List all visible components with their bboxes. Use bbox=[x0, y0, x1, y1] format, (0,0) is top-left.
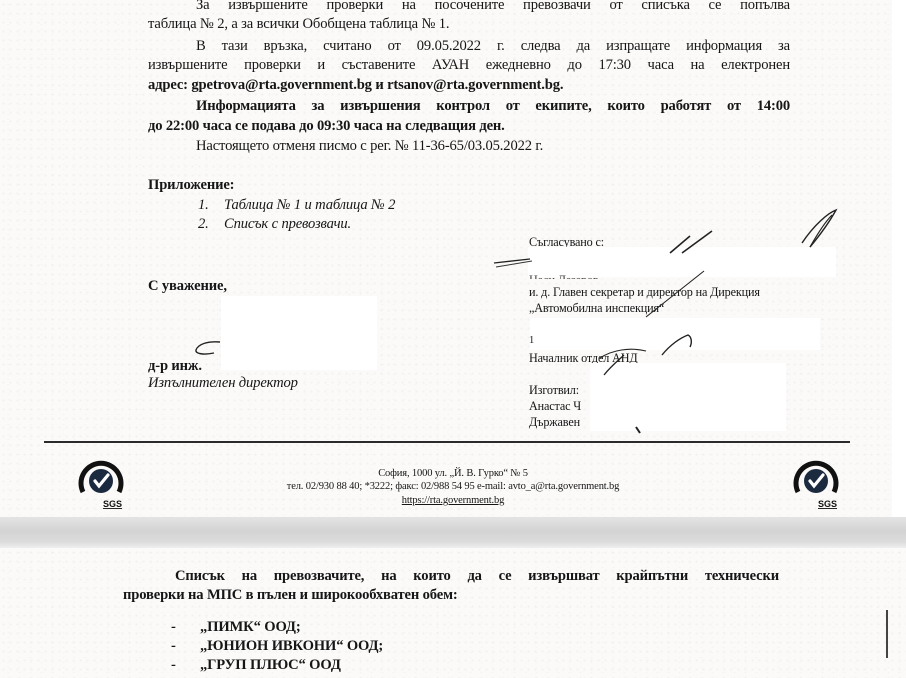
attachment-2-number: 2. bbox=[198, 215, 209, 234]
document-page-2: Списък на превозвачите, на които да се и… bbox=[0, 548, 906, 678]
document-page-1: За извършените проверки на посочените пр… bbox=[0, 0, 906, 517]
paragraph-4: Настоящето отменя писмо с рег. № 11-36-6… bbox=[196, 137, 543, 156]
paragraph-2-line-3-emails: адрес: gpetrova@rta.government.bg и rtsa… bbox=[148, 76, 563, 95]
carrier-bullet: - bbox=[171, 637, 176, 656]
carrier-item: „ГРУП ПЛЮС“ ООД bbox=[200, 656, 341, 675]
page-margin bbox=[892, 0, 906, 517]
handwritten-signatures-icon bbox=[480, 205, 860, 435]
paragraph-3-line-2: до 22:00 часа се подава до 09:30 часа на… bbox=[148, 117, 505, 136]
paragraph-2-line-2: извършените проверки и съставените АУАН … bbox=[148, 56, 790, 75]
closing-salutation: С уважение, bbox=[148, 277, 227, 296]
footer-address: София, 1000 ул. „Й. В. Гурко“ № 5 bbox=[0, 467, 906, 480]
carrier-item: „ПИМК“ ООД; bbox=[200, 618, 301, 637]
attachment-2-text: Списък с превозвачи. bbox=[224, 215, 351, 234]
redacted-signer-name bbox=[221, 296, 377, 370]
footer-divider bbox=[44, 441, 850, 443]
carrier-bullet: - bbox=[171, 656, 176, 675]
carrier-bullet: - bbox=[171, 618, 176, 637]
footer-contacts: тел. 02/930 88 40; *3222; факс: 02/988 5… bbox=[0, 480, 906, 493]
paragraph-1-line-1: За извършените проверки на посочените пр… bbox=[196, 0, 790, 15]
attachment-1-text: Таблица № 1 и таблица № 2 bbox=[224, 196, 395, 215]
page-separator bbox=[0, 517, 906, 548]
signer-position: Изпълнителен директор bbox=[148, 374, 298, 393]
paragraph-1-line-2: таблица № 2, а за всички Обобщена таблиц… bbox=[148, 15, 449, 34]
paragraph-2-line-1: В тази връзка, считано от 09.05.2022 г. … bbox=[196, 37, 790, 56]
attachments-heading: Приложение: bbox=[148, 176, 234, 195]
handwritten-signature-mark-icon bbox=[190, 338, 226, 360]
paragraph-3-line-1: Информацията за извършения контрол от ек… bbox=[196, 97, 790, 116]
carrier-item: „ЮНИОН ИВКОНИ“ ООД; bbox=[200, 637, 383, 656]
page-edge-mark bbox=[886, 610, 888, 658]
page-2-intro-line-1: Списък на превозвачите, на които да се и… bbox=[175, 567, 779, 586]
page-2-intro-line-2: проверки на МПС в пълен и широкообхватен… bbox=[123, 586, 458, 605]
attachment-1-number: 1. bbox=[198, 196, 209, 215]
footer-website-link[interactable]: https://rta.government.bg bbox=[0, 494, 906, 507]
